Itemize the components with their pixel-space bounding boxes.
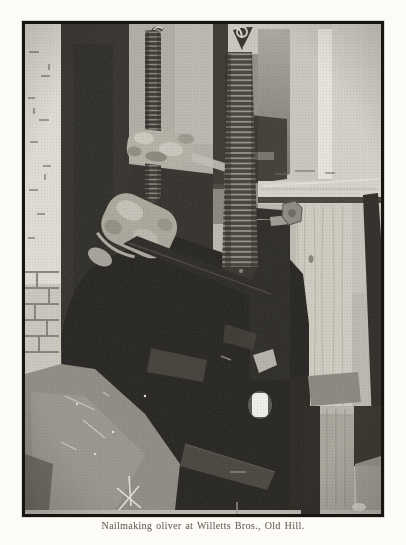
framed-photograph [22, 21, 384, 517]
nailmaking-oliver-photo [25, 24, 381, 514]
vignette [25, 24, 381, 514]
photo-caption: Nailmaking oliver at Willetts Bros., Old… [0, 521, 406, 532]
